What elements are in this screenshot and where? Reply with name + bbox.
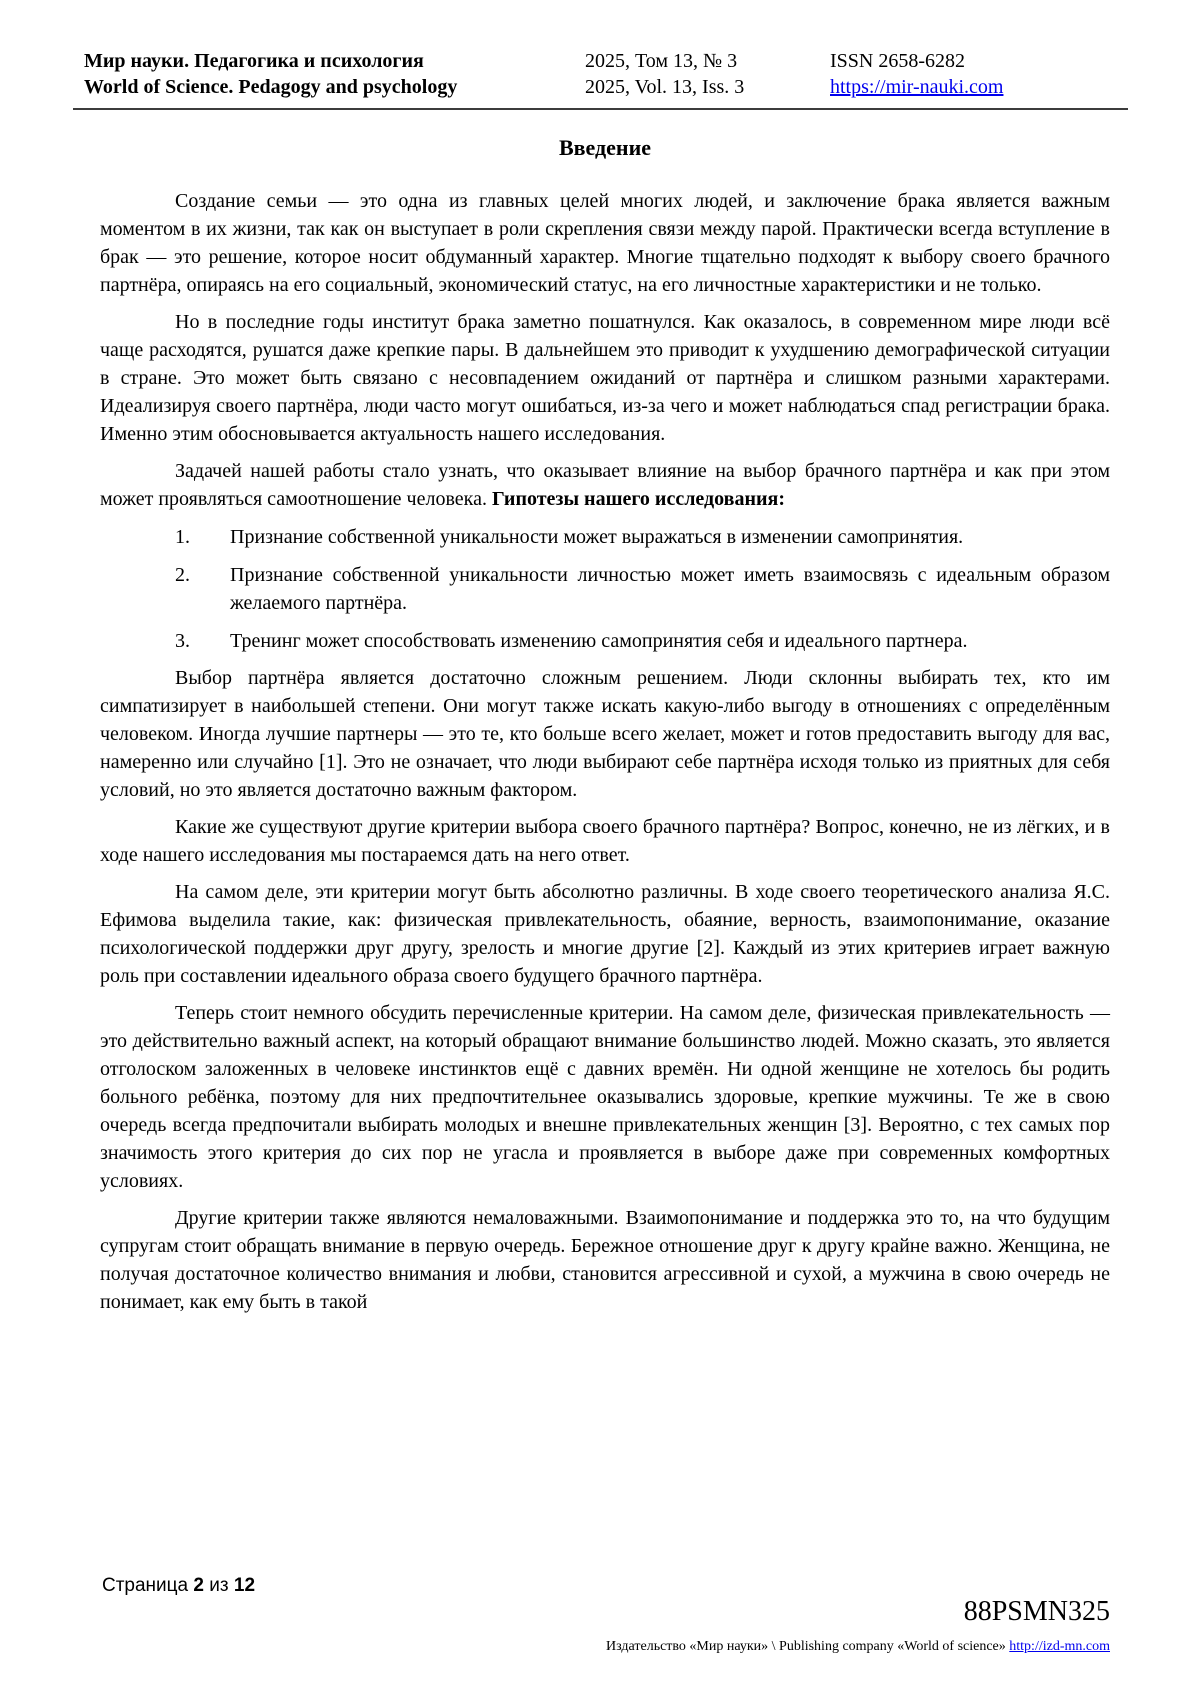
issn-label: ISSN 2658-6282 xyxy=(830,48,1128,74)
document-page: Мир науки. Педагогика и психология World… xyxy=(0,0,1200,1697)
hypothesis-number: 2. xyxy=(175,561,230,617)
issn-block: ISSN 2658-6282 https://mir-nauki.com xyxy=(830,48,1128,100)
hypothesis-text: Признание собственной уникальности лично… xyxy=(230,561,1110,617)
issue-info-en: 2025, Vol. 13, Iss. 3 xyxy=(585,74,830,100)
paragraph-4: Выбор партнёра является достаточно сложн… xyxy=(100,664,1110,804)
publisher-site-link[interactable]: http://izd-mn.com xyxy=(1009,1639,1110,1654)
hypothesis-item-2: 2. Признание собственной уникальности ли… xyxy=(100,561,1110,617)
paragraph-3: Задачей нашей работы стало узнать, что о… xyxy=(100,457,1110,513)
page-number-label: Страница 2 из 12 xyxy=(102,1574,255,1598)
journal-site-link[interactable]: https://mir-nauki.com xyxy=(830,76,1003,98)
paragraph-8: Другие критерии также являются немаловаж… xyxy=(100,1204,1110,1316)
paragraph-7: Теперь стоит немного обсудить перечислен… xyxy=(100,999,1110,1195)
article-body: Введение Создание семьи — это одна из гл… xyxy=(100,134,1110,1316)
hypothesis-text: Тренинг может способствовать изменению с… xyxy=(230,627,1110,655)
paragraph-1: Создание семьи — это одна из главных цел… xyxy=(100,187,1110,299)
hypothesis-text: Признание собственной уникальности может… xyxy=(230,523,1110,551)
journal-title-block: Мир науки. Педагогика и психология World… xyxy=(73,48,585,100)
hypothesis-item-3: 3. Тренинг может способствовать изменени… xyxy=(100,627,1110,655)
paragraph-5: Какие же существуют другие критерии выбо… xyxy=(100,813,1110,869)
page-total: 12 xyxy=(234,1575,255,1596)
article-code: 88PSMN325 xyxy=(964,1596,1110,1628)
hypothesis-number: 1. xyxy=(175,523,230,551)
journal-title-en: World of Science. Pedagogy and psycholog… xyxy=(84,74,585,100)
page-word: Страница xyxy=(102,1575,188,1596)
publisher-line: Издательство «Мир науки» \ Publishing co… xyxy=(606,1638,1110,1656)
page-header: Мир науки. Педагогика и психология World… xyxy=(73,48,1128,110)
paragraph-6: На самом деле, эти критерии могут быть а… xyxy=(100,878,1110,990)
of-word: из xyxy=(209,1575,228,1596)
hypotheses-lead-bold: Гипотезы нашего исследования: xyxy=(492,488,785,510)
issue-info-block: 2025, Том 13, № 3 2025, Vol. 13, Iss. 3 xyxy=(585,48,830,100)
page-current: 2 xyxy=(193,1575,204,1596)
hypothesis-item-1: 1. Признание собственной уникальности мо… xyxy=(100,523,1110,551)
issue-info-ru: 2025, Том 13, № 3 xyxy=(585,48,830,74)
hypothesis-number: 3. xyxy=(175,627,230,655)
publisher-text: Издательство «Мир науки» \ Publishing co… xyxy=(606,1639,1009,1654)
journal-title-ru: Мир науки. Педагогика и психология xyxy=(84,48,585,74)
paragraph-2: Но в последние годы институт брака замет… xyxy=(100,308,1110,448)
section-title: Введение xyxy=(100,134,1110,162)
